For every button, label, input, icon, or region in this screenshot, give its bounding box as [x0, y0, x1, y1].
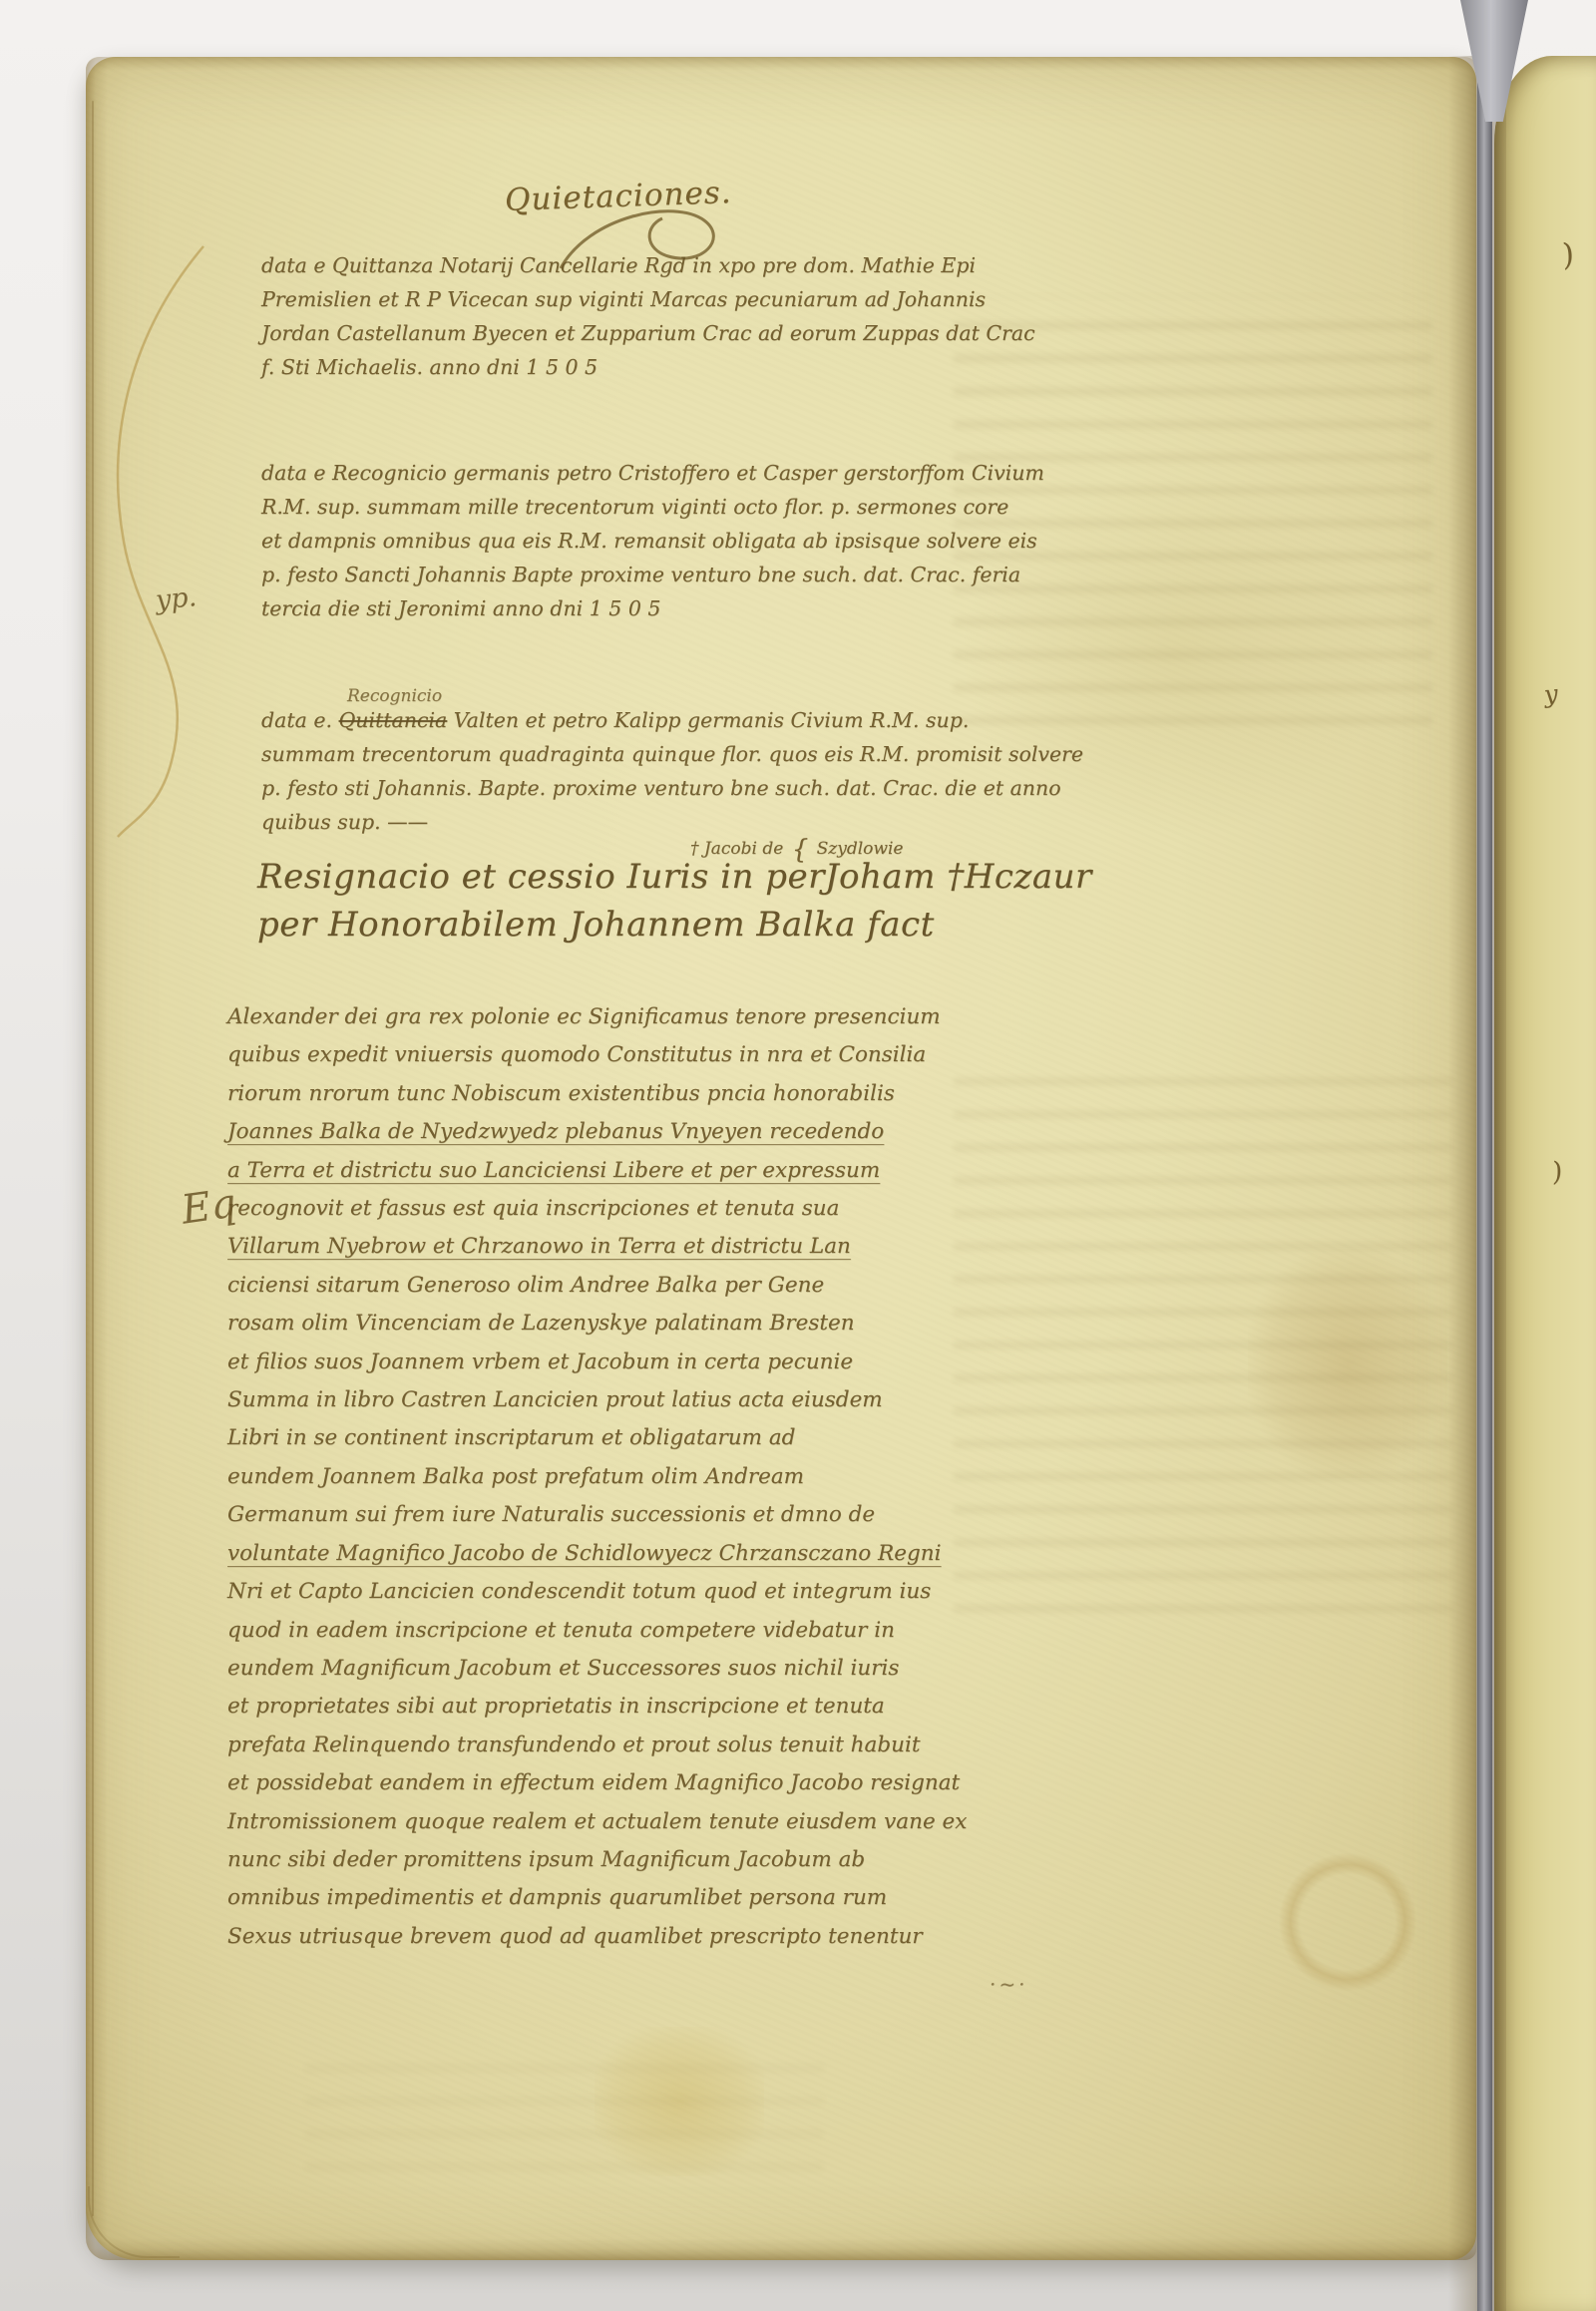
royal-charter-text: Alexander dei gra rex polonie ec Signifi… [227, 998, 967, 1956]
line-text: Valten et petro Kalipp germanis Civium R… [447, 708, 969, 732]
manuscript-line: et proprietates sibi aut proprietatis in… [227, 1688, 967, 1726]
end-flourish: ·~· [990, 1972, 1027, 1996]
manuscript-line: eundem Joannem Balka post prefatum olim … [227, 1458, 967, 1496]
manuscript-line: data e Recognicio germanis petro Cristof… [261, 456, 1044, 490]
book-rod [1477, 0, 1492, 2311]
entry-quittancia: Recognicio data e. Quittancia Valten et … [261, 703, 1083, 839]
manuscript-line: Alexander dei gra rex polonie ec Signifi… [227, 998, 967, 1036]
bleed-through-text [954, 1054, 1452, 1613]
manuscript-line: R.M. sup. summam mille trecentorum vigin… [261, 490, 1044, 524]
manuscript-line: ciciensi sitarum Generoso olim Andree Ba… [227, 1267, 967, 1305]
bleed-through-text [305, 2042, 824, 2171]
page-title: Quietaciones. [504, 175, 732, 218]
manuscript-line: data e Quittanza Notarij Cancellarie Rgd… [261, 248, 1035, 282]
manuscript-line: voluntate Magnifico Jacobo de Schidlowye… [227, 1535, 967, 1573]
entry-rest-lines: summam trecentorum quadraginta quinque f… [261, 737, 1083, 839]
manuscript-line: recognovit et fassus est quia inscripcio… [227, 1190, 967, 1228]
manuscript-line: quibus sup. —— [261, 805, 1083, 839]
stain [1248, 1249, 1447, 1478]
manuscript-line: summam trecentorum quadraginta quinque f… [261, 737, 1083, 771]
manuscript-line: p. festo sti Johannis. Bapte. proxime ve… [261, 771, 1083, 805]
manuscript-line: et possidebat eandem in effectum eidem M… [227, 1764, 967, 1802]
line-text: data e. [261, 708, 339, 732]
manuscript-line: et filios suos Joannem vrbem et Jacobum … [227, 1344, 967, 1381]
manuscript-line: a Terra et districtu suo Lanciciensi Lib… [227, 1152, 967, 1190]
manuscript-line: Sexus utriusque brevem quod ad quamlibet… [227, 1918, 967, 1956]
manuscript-line: omnibus impedimentis et dampnis quarumli… [227, 1879, 967, 1917]
manuscript-line: p. festo Sancti Johannis Bapte proxime v… [261, 558, 1044, 591]
manuscript-line: quod in eadem inscripcione et tenuta com… [227, 1612, 967, 1650]
manuscript-page: Quietaciones. data e Quittanza Notarij C… [86, 57, 1476, 2260]
manuscript-line: Libri in se continent inscriptarum et ob… [227, 1419, 967, 1457]
manuscript-line: Villarum Nyebrow et Chrzanowo in Terra e… [227, 1228, 967, 1266]
manuscript-line: tercia die sti Jeronimi anno dni 1 5 0 5 [261, 591, 1044, 625]
entry-quittanza: data e Quittanza Notarij Cancellarie Rgd… [261, 248, 1035, 384]
interlinear-correction: Recognicio [347, 679, 442, 713]
manuscript-line: nunc sibi deder promittens ipsum Magnifi… [227, 1841, 967, 1879]
manuscript-line: Nri et Capto Lancicien condescendit totu… [227, 1573, 967, 1611]
manuscript-line: f. Sti Michaelis. anno dni 1 5 0 5 [261, 350, 1035, 384]
manuscript-line: riorum nrorum tunc Nobiscum existentibus… [227, 1075, 967, 1113]
stain [595, 2027, 764, 2176]
stain [1278, 1852, 1417, 1992]
entry-recognicio: data e Recognicio germanis petro Cristof… [261, 456, 1044, 625]
manuscript-line: et dampnis omnibus qua eis R.M. remansit… [261, 524, 1044, 558]
section-heading: Resignacio et cessio Iuris in perJoham †… [257, 853, 1092, 949]
margin-mark-yp: yp. [155, 581, 199, 615]
page-top-edge [86, 57, 1476, 71]
manuscript-line: Summa in libro Castren Lancicien prout l… [227, 1381, 967, 1419]
manuscript-line: prefata Relinquendo transfundendo et pro… [227, 1727, 967, 1764]
manuscript-line: Premislien et R P Vicecan sup viginti Ma… [261, 282, 1035, 316]
manuscript-line: Jordan Castellanum Byecen et Zupparium C… [261, 316, 1035, 350]
page-left-edge [86, 57, 108, 2260]
manuscript-photo: ) y ) Quietaciones. data e Quittanza Not… [0, 0, 1596, 2311]
heading-line: per Honorabilem Johannem Balka fact [257, 901, 1092, 949]
heading-line: Resignacio et cessio Iuris in perJoham †… [257, 853, 1092, 901]
manuscript-line: Intromissionem quoque realem et actualem… [227, 1803, 967, 1841]
manuscript-line: rosam olim Vincenciam de Lazenyskye pala… [227, 1305, 967, 1343]
manuscript-line: Joannes Balka de Nyedzwyedz plebanus Vny… [227, 1113, 967, 1151]
next-page-ink-mark: y [1543, 679, 1559, 708]
manuscript-line: quibus expedit vniuersis quomodo Constit… [227, 1036, 967, 1074]
margin-brace-flourish [100, 240, 239, 849]
manuscript-line: eundem Magnificum Jacobum et Successores… [227, 1650, 967, 1688]
page-bottom-edge [86, 2238, 1476, 2260]
next-page-edge [1494, 56, 1596, 2311]
manuscript-line: Germanum sui frem iure Naturalis success… [227, 1496, 967, 1534]
